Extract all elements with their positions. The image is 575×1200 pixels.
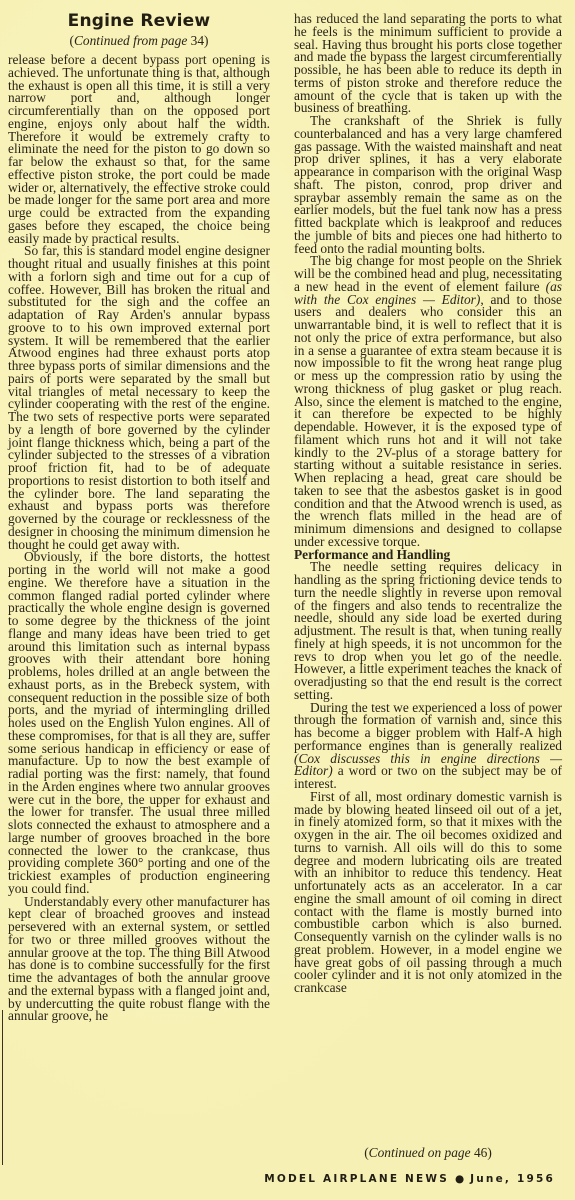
continued-from-note: (Continued from page 34) (8, 33, 270, 49)
paragraph-text: The big change for most people on the Sh… (294, 253, 562, 294)
publication-name: MODEL AIRPLANE NEWS (264, 1173, 449, 1185)
page-footer: MODEL AIRPLANE NEWS●June, 1956 (264, 1173, 555, 1185)
paragraph: The big change for most people on the Sh… (294, 255, 562, 548)
paragraph-text: a word or two on the subject may be of i… (294, 763, 562, 791)
paragraph: So far, this is standard model engine de… (8, 245, 270, 551)
continued-on-note: (Continued on page 46) (294, 1145, 562, 1161)
continued-on-text: Continued on page (369, 1145, 471, 1160)
paragraph: The needle setting requires delicacy in … (294, 561, 562, 701)
paragraph: During the test we experienced a loss of… (294, 702, 562, 791)
paragraph: The crankshaft of the Shriek is fully co… (294, 115, 562, 255)
left-margin-rule (2, 1010, 3, 1165)
bullet-icon: ● (455, 1173, 464, 1185)
issue-date: June, 1956 (470, 1173, 555, 1185)
left-column: Engine Review (Continued from page 34) r… (8, 0, 270, 1023)
magazine-page: Engine Review (Continued from page 34) r… (0, 0, 575, 1200)
paragraph: Obviously, if the bore distorts, the hot… (8, 551, 270, 895)
continued-from-page: 34 (191, 33, 204, 48)
continued-from-text: Continued from page (74, 33, 187, 48)
paragraph: has reduced the land separating the port… (294, 13, 562, 115)
paragraph: First of all, most ordinary domestic var… (294, 791, 562, 995)
article-title: Engine Review (8, 10, 270, 32)
continued-on-page: 46 (474, 1145, 487, 1160)
paragraph-text: During the test we experienced a loss of… (294, 700, 562, 753)
right-column: has reduced the land separating the port… (294, 13, 562, 995)
paragraph: Understandably every other manufacturer … (8, 896, 270, 1024)
paragraph-text: , and to those users and dealers who con… (294, 292, 562, 549)
paragraph: release before a decent bypass port open… (8, 54, 270, 245)
